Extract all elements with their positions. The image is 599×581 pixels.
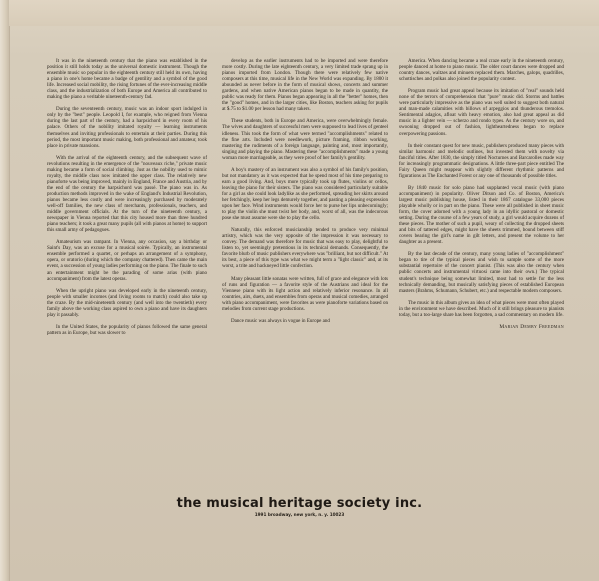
paragraph: Dance music was always in vogue in Europ… [222,318,388,324]
paragraph: By the last decade of the century, many … [399,251,564,293]
paragraph: Many pleasant little sonatas were writte… [222,276,388,312]
paragraph: By 1840 music for solo piano had supplan… [399,185,564,245]
publisher-name: the musical heritage society inc. [0,496,599,511]
paragraph: With the arrival of the eighteenth centu… [47,155,207,234]
liner-notes-column-1: It was in the nineteenth century that th… [47,58,207,342]
paragraph: In their constant quest for new music, p… [399,143,564,179]
paragraph: A boy's mastery of an instrument was als… [222,167,388,221]
paragraph: These students, both in Europe and Ameri… [222,118,388,160]
author-signature: Marian Demby Freedman [399,324,564,330]
publisher-address: 1991 broadway, new york, n. y. 10023 [0,512,599,517]
paragraph: It was in the nineteenth century that th… [47,58,207,100]
spine-edge [0,0,10,581]
paragraph: During the seventeenth century, music wa… [47,106,207,148]
publisher-imprint: the musical heritage society inc. 1991 b… [0,496,599,517]
album-back-cover: It was in the nineteenth century that th… [0,0,599,581]
paragraph: In the United States, the popularity of … [47,324,207,336]
paragraph: America. When dancing became a real craz… [399,58,564,82]
paragraph: Amateurism was rampant. In Vienna, any o… [47,239,207,281]
paragraph: The music in this album gives an idea of… [399,300,564,318]
liner-notes-column-2: develop as the earlier instruments had t… [222,58,388,330]
liner-notes-column-3: America. When dancing became a real craz… [399,58,564,330]
paragraph: When the upright piano was developed ear… [47,288,207,318]
paragraph: develop as the earlier instruments had t… [222,58,388,112]
top-shadow-band [9,0,599,26]
paragraph: Program music had great appeal because i… [399,88,564,136]
paragraph: Naturally, this enforced musicianship te… [222,227,388,269]
